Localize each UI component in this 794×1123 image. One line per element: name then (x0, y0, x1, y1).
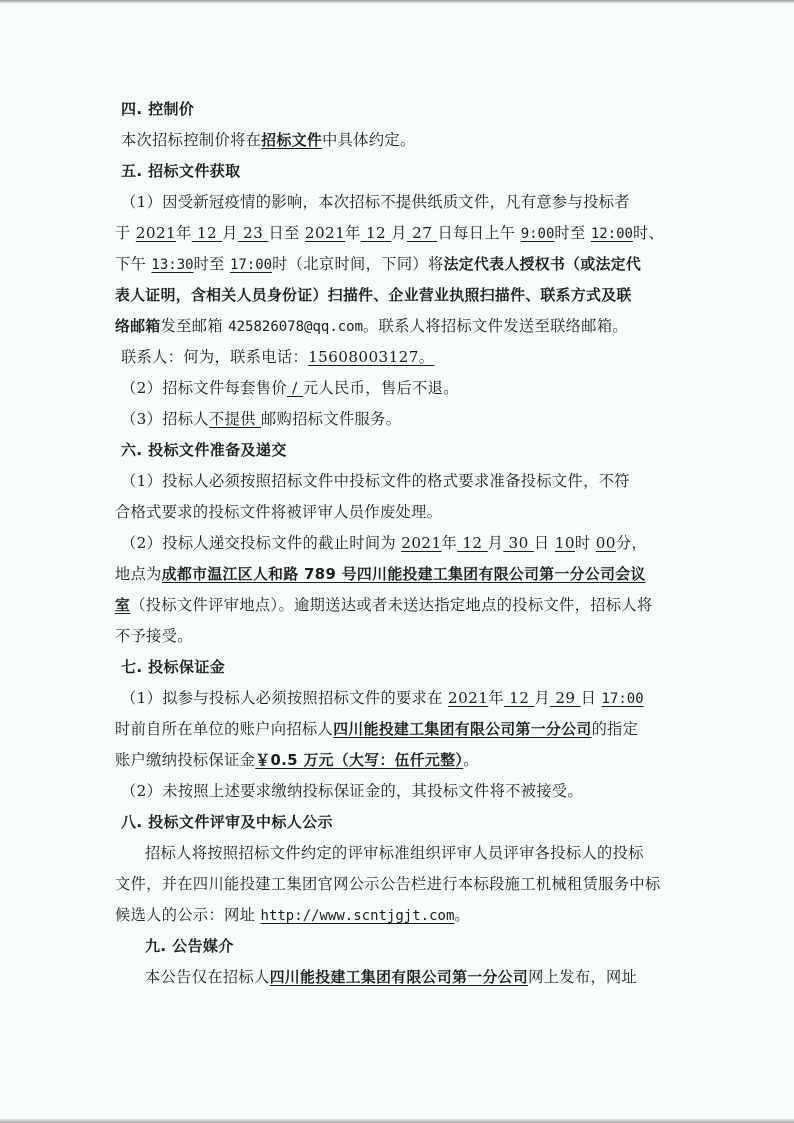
text: 时至 (194, 255, 230, 273)
text: 账户缴纳投标保证金 (115, 751, 255, 769)
bond-deadline-line: （1）拟参与投标人必须按照招标文件的要求在 2021年 12 月 29 日 17… (115, 683, 675, 714)
location-line: 地点为成都市温江区人和路 789 号四川能投建工集团有限公司第一分公司会议 (115, 559, 675, 590)
price-line: （2）招标文件每套售价 / 元人民币，售后不退。 (115, 373, 675, 404)
text: （2）投标人递交投标文件的截止时间为 (121, 534, 401, 552)
text: 日 (581, 689, 602, 707)
paragraph-control-price: 本次招标控制价将在招标文件中具体约定。 (115, 125, 675, 156)
submission-location-cont: 室 (115, 597, 130, 614)
text: 邮购招标文件服务。 (261, 410, 401, 428)
am-end-time: 12:00 (591, 226, 633, 242)
text: 月 (391, 224, 407, 242)
text: 时（北京时间，下同）将 (272, 255, 443, 273)
bond-amount-line: 账户缴纳投标保证金￥0.5 万元（大写：伍仟元整）。 (115, 745, 675, 776)
text: 。 (454, 906, 470, 924)
url-line: 候选人的公示：网址 http://www.scntjgjt.com。 (115, 900, 675, 931)
text: 本公告仅在招标人 (145, 968, 270, 986)
bond-month: 12 (504, 689, 535, 707)
text: 年 (345, 224, 361, 242)
document-body: 四. 控制价 本次招标控制价将在招标文件中具体约定。 五. 招标文件获取 （1）… (115, 94, 675, 993)
website-link[interactable]: http://www.scntjgjt.com (261, 908, 455, 924)
text: 于 (115, 224, 136, 242)
text: 时至 (554, 224, 590, 242)
pm-start-time: 13:30 (151, 257, 193, 273)
text: 年 (176, 224, 192, 242)
document-price: / (287, 379, 303, 397)
bold-text: 法定代表人授权书（或法定代 (444, 256, 642, 273)
text: 日 (534, 534, 555, 552)
deadline-line: （2）投标人递交投标文件的截止时间为 2021年 12 月 30 日 10时 0… (115, 528, 675, 559)
media-line: 本公告仅在招标人四川能投建工集团有限公司第一分公司网上发布，网址 (115, 962, 675, 993)
text: （2）招标文件每套售价 (121, 379, 287, 397)
text: 分， (616, 534, 647, 552)
text: 的指定 (592, 720, 639, 738)
bond-day: 29 (550, 689, 581, 707)
text: 元人民币，售后不退。 (303, 379, 459, 397)
mail-order-status: 不提供 (209, 410, 261, 428)
publisher-name: 四川能投建工集团有限公司第一分公司 (270, 969, 528, 986)
bond-recipient-line: 时前自所在单位的账户向招标人四川能投建工集团有限公司第一分公司的指定 (115, 714, 675, 745)
submission-location: 成都市温江区人和路 789 号四川能投建工集团有限公司第一分公司会议 (162, 566, 646, 583)
deadline-hour: 10 (555, 534, 575, 552)
text: 日每日上午 (438, 224, 521, 242)
am-start-time: 9:00 (521, 226, 555, 242)
page-edge-top (0, 0, 794, 3)
start-day: 23 (238, 224, 269, 242)
paragraph-line: （1）投标人必须按照招标文件中投标文件的格式要求准备投标文件，不符 (115, 466, 675, 497)
bond-year: 2021 (448, 689, 488, 707)
text: 时 (575, 534, 596, 552)
paragraph-line-dates: 于 2021年 12 月 23 日至 2021年 12 月 27 日每日上午 9… (115, 218, 675, 249)
section-heading-media: 九. 公告媒介 (115, 931, 675, 962)
section-heading-bid-submission: 六. 投标文件准备及递交 (115, 435, 675, 466)
text: 年 (442, 534, 458, 552)
text: 月 (535, 689, 551, 707)
paragraph-line: （1）因受新冠疫情的影响，本次招标不提供纸质文件，凡有意参与投标者 (115, 187, 675, 218)
deadline-year: 2021 (401, 534, 441, 552)
text: 地点为 (115, 565, 162, 583)
email-address[interactable]: 425826078@qq.com (228, 319, 363, 335)
section-heading-control-price: 四. 控制价 (115, 94, 675, 125)
section-heading-bid-bond: 七. 投标保证金 (115, 652, 675, 683)
text: 联系人：何为，联系电话： (121, 348, 308, 366)
location-line-cont: 室（投标文件评审地点）。逾期送达或者未送达指定地点的投标文件，招标人将 (115, 590, 675, 621)
paragraph-line-email: 络邮箱发至邮箱 425826078@qq.com。联系人将招标文件发送至联络邮箱… (115, 311, 675, 342)
paragraph-line: 文件，并在四川能投建工集团官网公示公告栏进行本标段施工机械租赁服务中标 (115, 869, 675, 900)
text: 时前自所在单位的账户向招标人 (115, 720, 333, 738)
tenderer-name: 四川能投建工集团有限公司第一分公司 (333, 721, 591, 738)
deadline-month: 12 (457, 534, 488, 552)
section-heading-evaluation: 八. 投标文件评审及中标人公示 (115, 807, 675, 838)
page-edge-bottom (0, 1119, 794, 1123)
pm-end-time: 17:00 (230, 257, 272, 273)
bond-amount: ￥0.5 万元（大写：伍仟元整） (255, 752, 463, 769)
text: （3）招标人 (121, 410, 209, 428)
paragraph-line-times: 下午 13:30时至 17:00时（北京时间，下同）将法定代表人授权书（或法定代 (115, 249, 675, 280)
paragraph-line: 不予接受。 (115, 621, 675, 652)
text: 月 (222, 224, 238, 242)
text: （1）拟参与投标人必须按照招标文件的要求在 (121, 689, 448, 707)
text: 发至邮箱 (161, 317, 229, 335)
start-month: 12 (192, 224, 223, 242)
contact-phone: 15608003127。 (308, 348, 434, 366)
deadline-day: 30 (503, 534, 534, 552)
bond-time: 17:00 (602, 691, 644, 707)
paragraph-line: （2）未按照上述要求缴纳投标保证金的，其投标文件将不被接受。 (115, 776, 675, 807)
text: 日至 (268, 224, 304, 242)
text: 下午 (115, 255, 151, 273)
end-month: 12 (361, 224, 392, 242)
underlined-text: 招标文件 (261, 132, 322, 149)
text: 月 (488, 534, 504, 552)
text: 。 (463, 751, 479, 769)
paragraph-line: 招标人将按照招标文件约定的评审标准组织评审人员评审各投标人的投标 (115, 838, 675, 869)
end-day: 27 (407, 224, 438, 242)
contact-line: 联系人：何为，联系电话：15608003127。 (115, 342, 675, 373)
section-heading-document-acquisition: 五. 招标文件获取 (115, 156, 675, 187)
bold-text: 络邮箱 (115, 318, 161, 335)
text: 本次招标控制价将在 (121, 131, 261, 149)
text: （投标文件评审地点）。逾期送达或者未送达指定地点的投标文件，招标人将 (130, 596, 652, 614)
mail-order-line: （3）招标人不提供 邮购招标文件服务。 (115, 404, 675, 435)
text: 候选人的公示：网址 (115, 906, 261, 924)
start-year: 2021 (136, 224, 176, 242)
end-year: 2021 (305, 224, 345, 242)
paragraph-line-bold: 表人证明，含相关人员身份证）扫描件、企业营业执照扫描件、联系方式及联 (115, 280, 675, 311)
text: 年 (488, 689, 504, 707)
text: 中具体约定。 (322, 131, 416, 149)
text: 时、 (633, 224, 664, 242)
text: 网上发布，网址 (528, 968, 637, 986)
text: 。联系人将招标文件发送至联络邮箱。 (363, 317, 628, 335)
deadline-minute: 00 (596, 534, 616, 552)
paragraph-line: 合格式要求的投标文件将被评审人员作废处理。 (115, 497, 675, 528)
